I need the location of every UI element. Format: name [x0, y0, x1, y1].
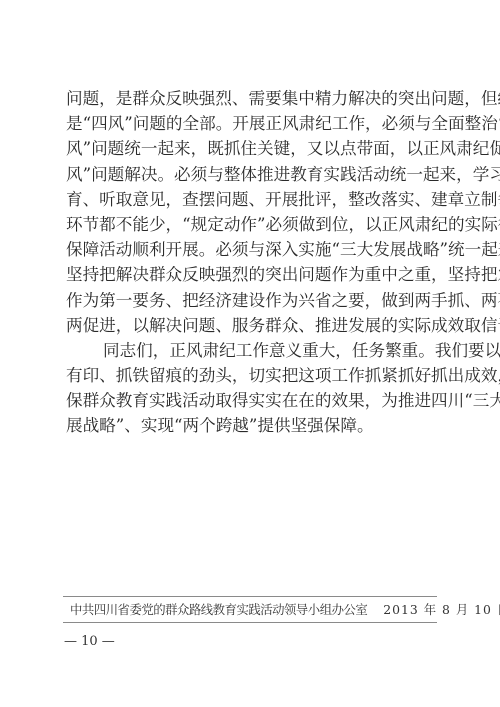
body-line: 展战略”、实现“两个跨越”提供坚强保障。 [66, 413, 438, 438]
footer-bottom-rule [63, 622, 437, 623]
body-line: 保群众教育实践活动取得实实在在的效果，为推进四川“三大发 [66, 388, 438, 413]
body-line: 两促进，以解决问题、服务群众、推进发展的实际成效取信于民。 [66, 313, 438, 338]
body-line: 坚持把解决群众反映强烈的突出问题作为重中之重，坚持把发展 [66, 262, 438, 287]
body-line: 有印、抓铁留痕的劲头，切实把这项工作抓紧抓好抓出成效，确 [66, 363, 438, 388]
body-line: 保障活动顺利开展。必须与深入实施“三大发展战略”统一起来， [66, 237, 438, 262]
body-line: 风”问题解决。必须与整体推进教育实践活动统一起来，学习教 [66, 162, 438, 187]
document-body: 问题，是群众反映强烈、需要集中精力解决的突出问题，但绝不 是“四风”问题的全部。… [66, 86, 438, 439]
footer-top-rule [63, 596, 437, 597]
body-line: 作为第一要务、把经济建设作为兴省之要，做到两手抓、两不误、 [66, 288, 438, 313]
body-line: 环节都不能少，“规定动作”必须做到位，以正风肃纪的实际行动 [66, 212, 438, 237]
body-line: 问题，是群众反映强烈、需要集中精力解决的突出问题，但绝不 [66, 86, 438, 111]
issuer-name: 中共四川省委党的群众路线教育实践活动领导小组办公室 [70, 600, 367, 620]
body-line: 育、听取意见，查摆问题、开展批评，整改落实、建章立制每个 [66, 187, 438, 212]
body-line: 是“四风”问题的全部。开展正风肃纪工作，必须与全面整治“四 [66, 111, 438, 136]
paragraph-start-line: 同志们，正风肃纪工作意义重大，任务繁重。我们要以踏石 [66, 338, 438, 363]
page-number: — 10 — [64, 634, 115, 649]
issuance-footer: 中共四川省委党的群众路线教育实践活动领导小组办公室 2013 年 8 月 10 … [70, 600, 436, 620]
body-line: 风”问题统一起来，既抓住关键，又以点带面，以正风肃纪促进“四 [66, 136, 438, 161]
issue-date: 2013 年 8 月 10 日印发 [383, 600, 500, 620]
